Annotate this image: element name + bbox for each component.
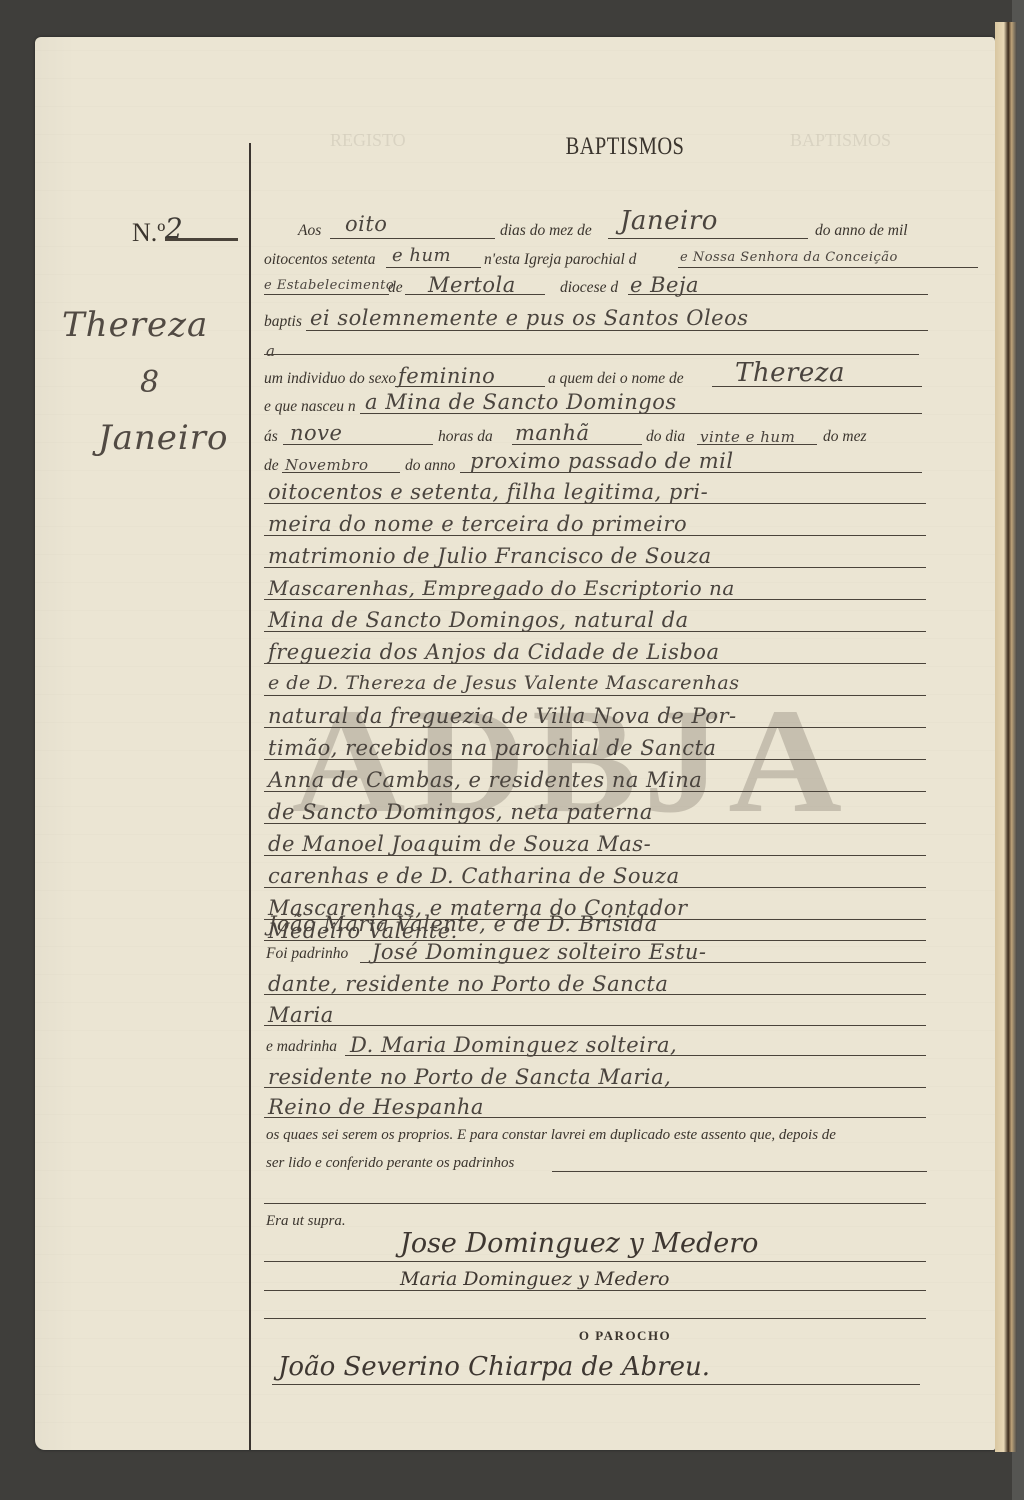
field-rule — [386, 267, 481, 268]
label-madrinha: e madrinha — [266, 1038, 337, 1056]
field-baptism-text: ei solemnemente e pus os Santos Oleos — [310, 306, 749, 330]
body-rule — [264, 567, 926, 568]
label-de: de — [388, 279, 403, 297]
label-horas: horas da — [438, 428, 493, 446]
body-line: de Sancto Domingos, neta paterna — [268, 800, 653, 824]
body-line: timão, recebidos na parochial de Sancta — [268, 736, 716, 760]
field-place: e Estabelecimento — [264, 278, 394, 293]
page-title: BAPTISMOS — [318, 133, 933, 161]
field-hour: nove — [290, 421, 342, 445]
body-line: natural da freguezia de Villa Nova de Po… — [268, 704, 737, 728]
parocho-label: O PAROCHO — [250, 1328, 1000, 1344]
madrinha-line: Reino de Hespanha — [268, 1095, 484, 1119]
body-rule — [264, 663, 926, 664]
madrinha-line: D. Maria Dominguez solteira, — [350, 1033, 677, 1057]
entry-number-label: N.º — [132, 218, 165, 248]
field-birthplace: a Mina de Sancto Domingos — [365, 390, 677, 414]
field-parish: e Nossa Senhora da Conceição — [680, 250, 898, 265]
field-day: oito — [345, 212, 387, 236]
body-rule — [264, 823, 926, 824]
label-oitocentos: oitocentos setenta — [264, 251, 376, 269]
padrinho-line: Maria — [268, 1003, 334, 1027]
madrinha-signature: Maria Dominguez y Medero — [400, 1268, 669, 1290]
field-rule — [678, 267, 978, 268]
body-line: Mascarenhas, Empregado do Escriptorio na — [268, 576, 735, 600]
signature-rule — [264, 1318, 926, 1319]
madrinha-line: residente no Porto de Sancta Maria, — [268, 1065, 671, 1089]
field-year: e hum — [392, 245, 451, 266]
field-rule — [306, 330, 928, 331]
parocho-signature: João Severino Chiarpa de Abreu. — [278, 1352, 710, 1382]
field-diocese: e Beja — [630, 273, 699, 297]
body-rule — [264, 759, 926, 760]
label-nasceu: e que nasceu n — [264, 398, 356, 416]
body-line: matrimonio de Julio Francisco de Souza — [268, 544, 712, 568]
field-sex: feminino — [398, 364, 495, 388]
field-rule — [552, 1171, 927, 1172]
field-rule — [264, 1203, 926, 1204]
body-line: e de D. Thereza de Jesus Valente Mascare… — [268, 672, 739, 694]
closing-text-line: ser lido e conferido perante os padrinho… — [266, 1155, 514, 1172]
label-padrinho: Foi padrinho — [266, 945, 348, 963]
field-child-name: Thereza — [735, 358, 845, 388]
label-as: ás — [264, 428, 278, 446]
label-dias-do-mez: dias do mez de — [500, 222, 592, 240]
margin-child-name: Thereza — [62, 305, 208, 345]
body-rule — [264, 631, 926, 632]
padrinho-line: dante, residente no Porto de Sancta — [268, 972, 668, 996]
body-line: Mina de Sancto Domingos, natural da — [268, 608, 689, 632]
page-binding-edge — [995, 22, 1017, 1452]
body-rule — [264, 599, 926, 600]
padrinho-signature: Jose Dominguez y Medero — [400, 1228, 758, 1259]
body-line: de Manoel Joaquim de Souza Mas- — [268, 832, 651, 856]
signature-rule — [264, 1290, 926, 1291]
field-rule — [264, 294, 389, 295]
body-rule — [264, 887, 926, 888]
label-diocese: diocese d — [560, 279, 618, 297]
margin-day: 8 — [140, 365, 160, 400]
closing-text-line: os quaes sei serem os proprios. E para c… — [266, 1127, 836, 1144]
field-concelho: Mertola — [428, 273, 516, 297]
label-do-dia: do dia — [646, 428, 685, 446]
field-rule — [264, 1025, 926, 1026]
body-rule — [264, 727, 926, 728]
label-do-mez: do mez — [823, 428, 866, 446]
field-birth-day: vinte e hum — [700, 428, 795, 446]
signature-rule — [264, 1261, 926, 1262]
label-de: de — [264, 457, 279, 475]
label-do-anno: do anno — [405, 457, 455, 475]
body-line: Anna de Cambas, e residentes na Mina — [268, 768, 702, 792]
body-line: freguezia dos Anjos da Cidade de Lisboa — [268, 640, 719, 664]
field-period: manhã — [515, 421, 590, 445]
padrinho-line: José Dominguez solteiro Estu- — [372, 940, 706, 964]
body-rule — [264, 535, 926, 536]
entry-number-underline — [165, 238, 238, 241]
label-aos: Aos — [298, 222, 321, 240]
field-month: Janeiro — [620, 206, 718, 236]
era-ut-supra: Era ut supra. — [266, 1213, 346, 1230]
label-igreja: n'esta Igreja parochial d — [484, 251, 636, 269]
body-line: meira do nome e terceira do primeiro — [268, 512, 687, 536]
signature-rule — [272, 1384, 920, 1385]
label-do-anno: do anno de mil — [815, 222, 908, 240]
body-line: carenhas e de D. Catharina de Souza — [268, 864, 680, 888]
field-year-text: proximo passado de mil — [470, 449, 734, 473]
body-rule — [264, 791, 926, 792]
field-rule — [330, 238, 495, 239]
margin-divider-rule — [249, 143, 251, 1450]
label-sexo: um individuo do sexo — [264, 370, 396, 388]
label-nome: a quem dei o nome de — [548, 370, 684, 388]
body-rule — [264, 855, 926, 856]
field-rule — [264, 354, 919, 355]
body-rule — [264, 695, 926, 696]
field-birth-month: Novembro — [285, 456, 369, 474]
margin-month: Janeiro — [98, 418, 229, 458]
body-line: oitocentos e setenta, filha legitima, pr… — [268, 480, 708, 504]
field-a: a — [266, 342, 275, 360]
field-rule — [608, 238, 808, 239]
label-baptis: baptis — [264, 313, 302, 331]
body-rule — [264, 503, 926, 504]
